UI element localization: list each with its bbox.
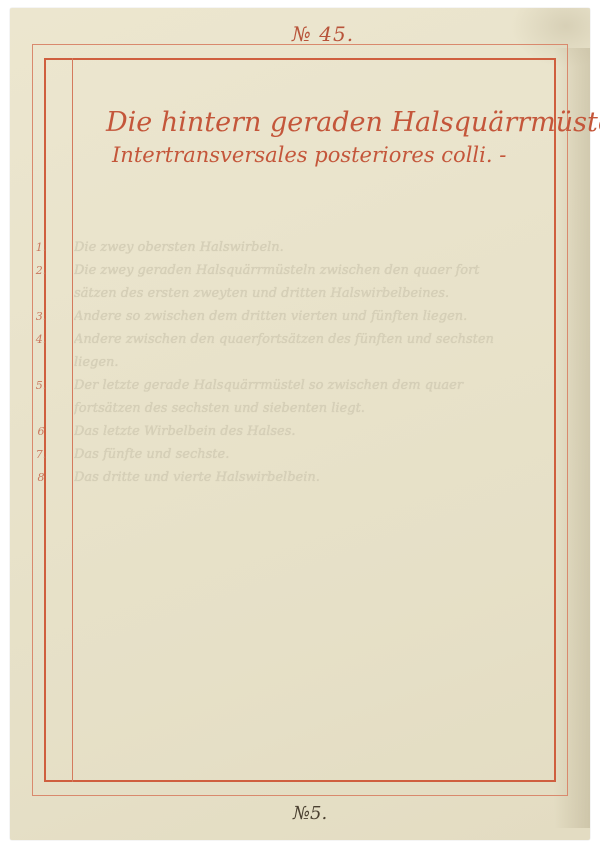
list-item: 6 Das letzte Wirbelbein des Halses. [32, 420, 562, 443]
entry-list: 1. Die zwey obersten Halswirbeln. 2. Die… [32, 236, 562, 489]
entry-number: 6 [32, 420, 50, 443]
entry-number: 3. [32, 305, 50, 328]
entry-text: Die zwey obersten Halswirbeln. [74, 236, 552, 259]
entry-number: 1. [32, 236, 50, 259]
list-item: 7. Das fünfte und sechste. [32, 443, 562, 466]
title-german: Die hintern geraden Halsquärrmüsteln. [106, 108, 546, 138]
page-number-bottom: №5. [293, 803, 327, 824]
page-number-top: № 45. [292, 22, 354, 46]
list-item: 5. Der letzte gerade Halsquärrmüstel so … [32, 374, 562, 397]
entry-text: sätzen des ersten zweyten und dritten Ha… [74, 282, 552, 305]
entry-text: Das fünfte und sechste. [74, 443, 552, 466]
entry-text: Die zwey geraden Halsquärrmüsteln zwisch… [74, 259, 552, 282]
manuscript-page: № 45. Die hintern geraden Halsquärrmüste… [10, 8, 590, 840]
entry-number: 4. [32, 328, 50, 351]
entry-text: Andere so zwischen dem dritten vierten u… [74, 305, 552, 328]
entry-text: liegen. [74, 351, 552, 374]
title-latin: Intertransversales posteriores colli. - [112, 144, 546, 167]
list-item: 2. Die zwey geraden Halsquärrmüsteln zwi… [32, 259, 562, 282]
entry-text: Das letzte Wirbelbein des Halses. [74, 420, 552, 443]
entry-text: Der letzte gerade Halsquärrmüstel so zwi… [74, 374, 552, 397]
list-item: 1. Die zwey obersten Halswirbeln. [32, 236, 562, 259]
page-title: Die hintern geraden Halsquärrmüsteln. In… [106, 108, 546, 167]
list-item-continuation: liegen. [32, 351, 562, 374]
entry-number: 5. [32, 374, 50, 397]
list-item-continuation: fortsätzen des sechsten und siebenten li… [32, 397, 562, 420]
list-item: 4. Andere zwischen den quaerfortsätzen d… [32, 328, 562, 351]
entry-number: 2. [32, 259, 50, 282]
list-item-continuation: sätzen des ersten zweyten und dritten Ha… [32, 282, 562, 305]
entry-text: fortsätzen des sechsten und siebenten li… [74, 397, 552, 420]
entry-number: 8 [32, 466, 50, 489]
entry-text: Das dritte und vierte Halswirbelbein. [74, 466, 552, 489]
entry-number: 7. [32, 443, 50, 466]
list-item: 3. Andere so zwischen dem dritten vierte… [32, 305, 562, 328]
entry-text: Andere zwischen den quaerfortsätzen des … [74, 328, 552, 351]
list-item: 8 Das dritte und vierte Halswirbelbein. [32, 466, 562, 489]
